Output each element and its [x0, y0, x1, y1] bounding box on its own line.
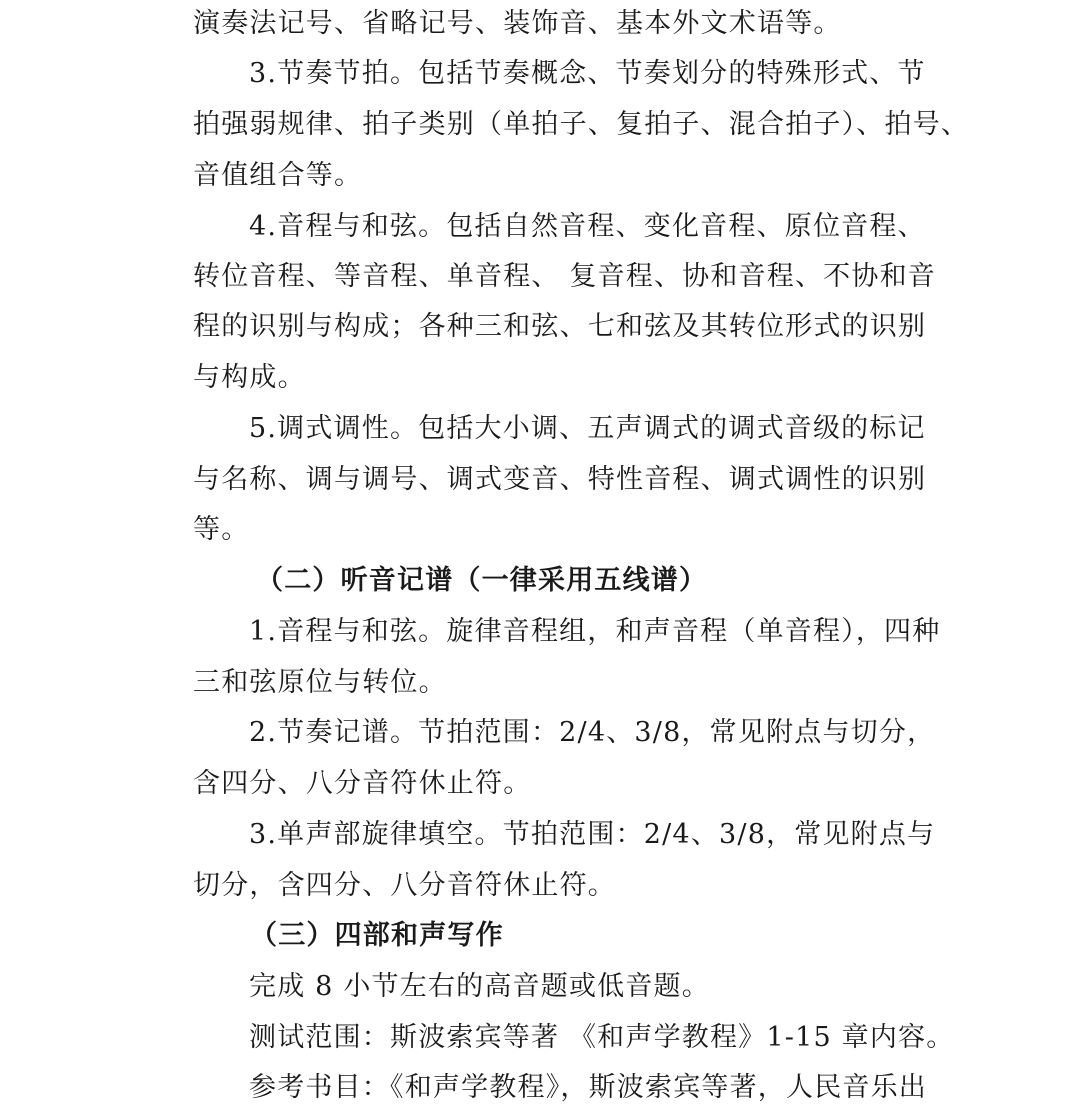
paragraph-line: 等。 [193, 510, 953, 550]
reference-books-line: 参考书目：《和声学教程》，斯波索宾等著，人民音乐出 [249, 1068, 1009, 1104]
item-rhythm-meter: 3.节奏节拍。包括节奏概念、节奏划分的特殊形式、节 [249, 54, 1009, 94]
paragraph-line: 切分，含四分、八分音符休止符。 [193, 866, 953, 906]
paragraph-line: 与构成。 [193, 358, 953, 398]
paragraph-line: 拍强弱规律、拍子类别（单拍子、复拍子、混合拍子）、拍号、 [193, 105, 953, 145]
paragraph-line: 程的识别与构成；各种三和弦、七和弦及其转位形式的识别 [193, 307, 953, 347]
document-page: 演奏法记号、省略记号、装饰音、基本外文术语等。 3.节奏节拍。包括节奏概念、节奏… [0, 0, 1080, 1104]
paragraph-line: 音值组合等。 [193, 156, 953, 196]
item-dictation-intervals: 1.音程与和弦。旋律音程组，和声音程（单音程），四种 [249, 612, 1009, 652]
paragraph-line: 三和弦原位与转位。 [193, 663, 953, 703]
item-mode-tonality: 5.调式调性。包括大小调、五声调式的调式音级的标记 [249, 409, 1009, 449]
paragraph-line: 含四分、八分音符休止符。 [193, 764, 953, 804]
section-heading-harmony: （三）四部和声写作 [250, 916, 1010, 956]
paragraph-line: 与名称、调与调号、调式变音、特性音程、调式调性的识别 [193, 460, 953, 500]
paragraph-line: 演奏法记号、省略记号、装饰音、基本外文术语等。 [193, 4, 953, 44]
section-heading-dictation: （二）听音记谱（一律采用五线谱） [256, 561, 1016, 601]
item-intervals-chords: 4.音程与和弦。包括自然音程、变化音程、原位音程、 [249, 207, 1009, 247]
paragraph-line: 转位音程、等音程、单音程、 复音程、协和音程、不协和音 [193, 257, 953, 297]
paragraph-line: 完成 8 小节左右的高音题或低音题。 [249, 967, 1009, 1007]
test-scope-line: 测试范围：斯波索宾等著 《和声学教程》1-15 章内容。 [249, 1018, 1009, 1058]
item-melody-fill: 3.单声部旋律填空。节拍范围：2/4、3/8，常见附点与 [249, 815, 1009, 855]
item-rhythm-dictation: 2.节奏记谱。节拍范围：2/4、3/8，常见附点与切分， [249, 713, 1009, 753]
